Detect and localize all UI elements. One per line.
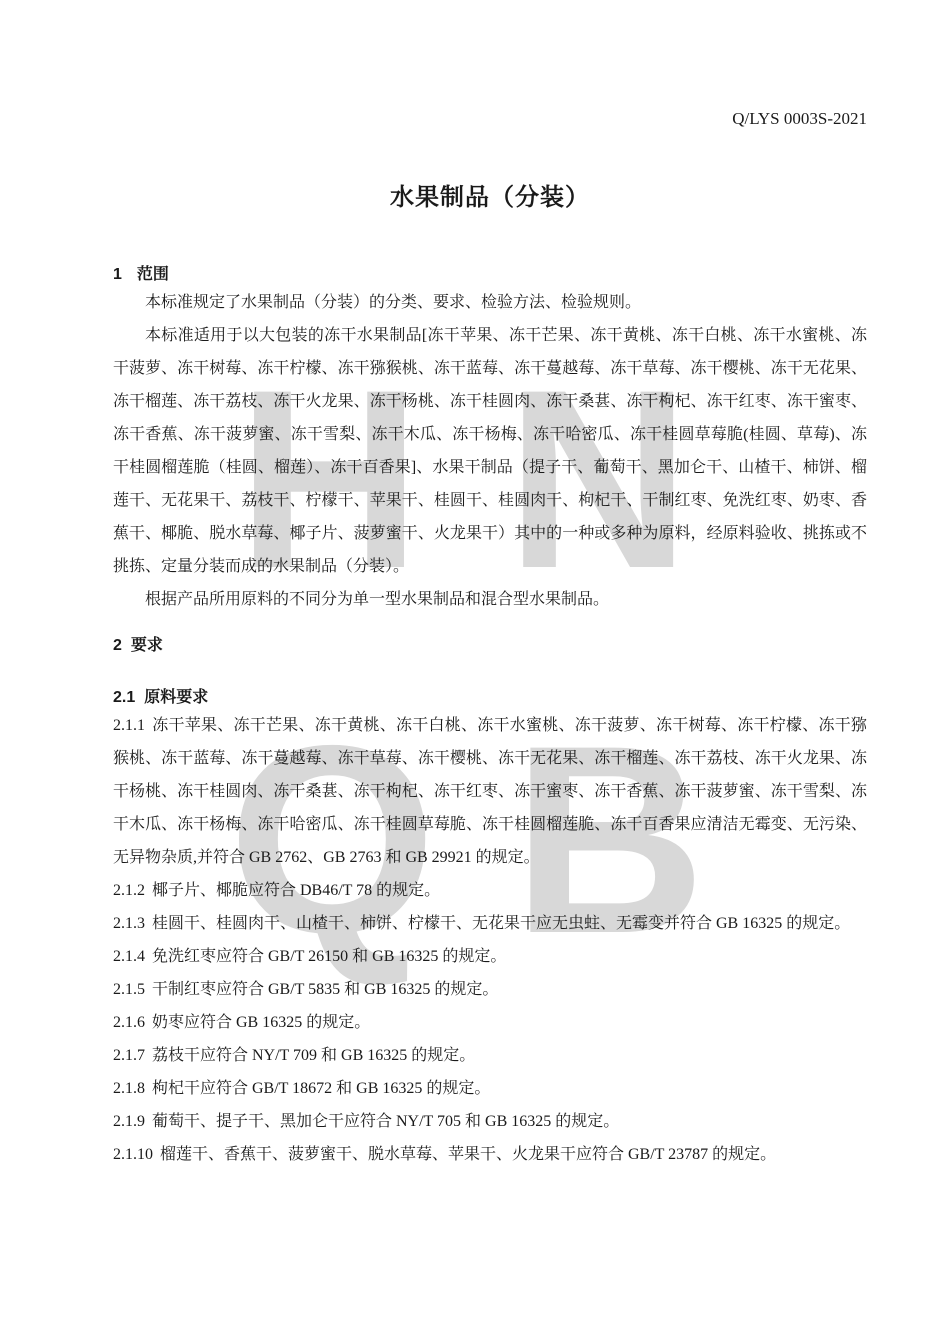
clause-number: 2.1.5: [113, 981, 145, 998]
clause-2-1-5: 2.1.5干制红枣应符合 GB/T 5835 和 GB 16325 的规定。: [113, 973, 867, 1006]
clause-number: 2.1.7: [113, 1047, 145, 1064]
clause-text: 荔枝干应符合 NY/T 709 和 GB 16325 的规定。: [152, 1047, 475, 1064]
clause-number: 2.1.10: [113, 1146, 153, 1163]
clause-number: 2.1.3: [113, 915, 145, 932]
section-1-heading: 1范围: [113, 264, 867, 286]
scope-paragraph-1: 本标准规定了水果制品（分装）的分类、要求、检验方法、检验规则。: [113, 286, 867, 319]
clause-text: 干制红枣应符合 GB/T 5835 和 GB 16325 的规定。: [152, 981, 498, 998]
clause-number: 2.1.8: [113, 1080, 145, 1097]
clause-number: 2.1.1: [113, 717, 145, 734]
document-page: HN QB Q/LYS 0003S-2021 水果制品（分装） 1范围 本标准规…: [0, 0, 950, 1344]
section-1-number: 1: [113, 266, 122, 283]
section-2-1-number: 2.1: [113, 689, 135, 706]
section-2-1-title: 原料要求: [144, 689, 208, 706]
clause-2-1-8: 2.1.8枸杞干应符合 GB/T 18672 和 GB 16325 的规定。: [113, 1072, 867, 1105]
page-title: 水果制品（分装）: [113, 181, 867, 215]
section-2-1-heading: 2.1原料要求: [113, 687, 867, 709]
clause-text: 榴莲干、香蕉干、菠萝蜜干、脱水草莓、苹果干、火龙果干应符合 GB/T 23787…: [160, 1146, 776, 1163]
page-content: Q/LYS 0003S-2021 水果制品（分装） 1范围 本标准规定了水果制品…: [113, 0, 867, 1171]
section-2-heading: 2要求: [113, 635, 867, 657]
clause-text: 免洗红枣应符合 GB/T 26150 和 GB 16325 的规定。: [152, 948, 506, 965]
clause-text: 枸杞干应符合 GB/T 18672 和 GB 16325 的规定。: [152, 1080, 490, 1097]
clause-2-1-7: 2.1.7荔枝干应符合 NY/T 709 和 GB 16325 的规定。: [113, 1039, 867, 1072]
clause-number: 2.1.4: [113, 948, 145, 965]
scope-paragraph-3: 根据产品所用原料的不同分为单一型水果制品和混合型水果制品。: [113, 583, 867, 616]
clause-number: 2.1.2: [113, 882, 145, 899]
clause-2-1-9: 2.1.9葡萄干、提子干、黑加仑干应符合 NY/T 705 和 GB 16325…: [113, 1105, 867, 1138]
clause-number: 2.1.9: [113, 1113, 145, 1130]
section-2-title: 要求: [131, 637, 163, 654]
clause-text: 椰子片、椰脆应符合 DB46/T 78 的规定。: [152, 882, 440, 899]
clause-text: 奶枣应符合 GB 16325 的规定。: [152, 1014, 370, 1031]
clause-text: 桂圆干、桂圆肉干、山楂干、柿饼、柠檬干、无花果干应无虫蛀、无霉变并符合 GB 1…: [152, 915, 850, 932]
clause-text: 葡萄干、提子干、黑加仑干应符合 NY/T 705 和 GB 16325 的规定。: [152, 1113, 619, 1130]
clause-2-1-4: 2.1.4免洗红枣应符合 GB/T 26150 和 GB 16325 的规定。: [113, 940, 867, 973]
clause-2-1-3: 2.1.3桂圆干、桂圆肉干、山楂干、柿饼、柠檬干、无花果干应无虫蛀、无霉变并符合…: [113, 907, 867, 940]
section-2-number: 2: [113, 637, 122, 654]
clause-2-1-2: 2.1.2椰子片、椰脆应符合 DB46/T 78 的规定。: [113, 874, 867, 907]
clause-2-1-1: 2.1.1冻干苹果、冻干芒果、冻干黄桃、冻干白桃、冻干水蜜桃、冻干菠萝、冻干树莓…: [113, 709, 867, 874]
clause-2-1-10: 2.1.10榴莲干、香蕉干、菠萝蜜干、脱水草莓、苹果干、火龙果干应符合 GB/T…: [113, 1138, 867, 1171]
doc-number: Q/LYS 0003S-2021: [113, 109, 867, 129]
clause-number: 2.1.6: [113, 1014, 145, 1031]
scope-paragraph-2: 本标准适用于以大包装的冻干水果制品[冻干苹果、冻干芒果、冻干黄桃、冻干白桃、冻干…: [113, 319, 867, 583]
clause-2-1-6: 2.1.6奶枣应符合 GB 16325 的规定。: [113, 1006, 867, 1039]
section-1-title: 范围: [137, 266, 169, 283]
clause-text: 冻干苹果、冻干芒果、冻干黄桃、冻干白桃、冻干水蜜桃、冻干菠萝、冻干树莓、冻干柠檬…: [113, 717, 867, 866]
